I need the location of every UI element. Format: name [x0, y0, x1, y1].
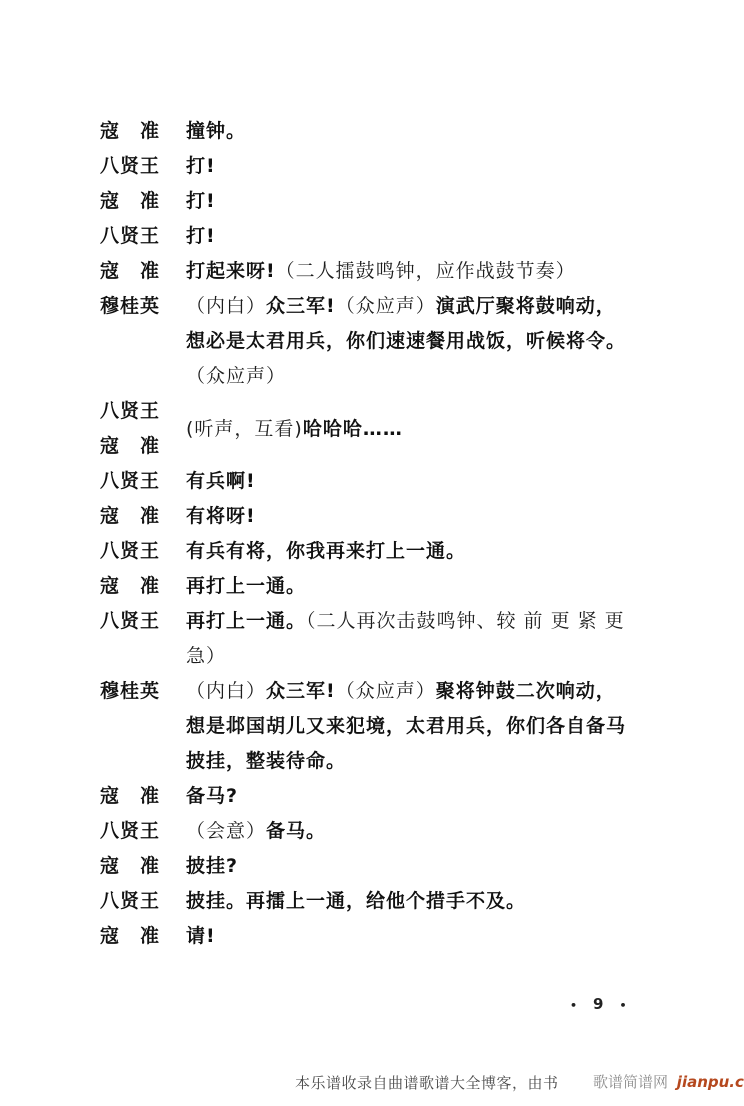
dialogue-entry: 寇 准打! [100, 184, 684, 219]
dialogue-lines: 打! [186, 219, 684, 254]
speech-text: 披挂，整装待命。 [186, 750, 346, 772]
stage-direction: （二人擂鼓鸣钟，应作战鼓节奏） [276, 260, 576, 282]
page-number-dot-left: • [570, 999, 577, 1012]
stage-direction: 急） [186, 645, 226, 667]
speech-text: 披挂? [186, 855, 238, 877]
speaker-name: 八贤王 [100, 394, 186, 429]
dialogue-line: 想是邶国胡儿又来犯境，太君用兵，你们各自备马 [186, 709, 684, 744]
stage-direction: （众应声） [336, 680, 436, 702]
dialogue-line: 再打上一通。（二人再次击鼓鸣钟、较 前 更 紧 更 [186, 604, 684, 639]
dialogue-line: 披挂? [186, 849, 684, 884]
speaker-name: 寇 准 [100, 114, 186, 149]
stage-direction: （会意） [186, 820, 266, 842]
dialogue-entry: 八贤王（会意）备马。 [100, 814, 684, 849]
speech-text: 打! [186, 225, 216, 247]
dialogue-entry: 八贤王打! [100, 219, 684, 254]
speech-text: 有将呀! [186, 505, 256, 527]
dialogue-entry: 八贤王有兵有将，你我再来打上一通。 [100, 534, 684, 569]
dialogue-entry: 寇 准打起来呀!（二人擂鼓鸣钟，应作战鼓节奏） [100, 254, 684, 289]
dialogue-lines: （内白）众三军!（众应声）聚将钟鼓二次响动，想是邶国胡儿又来犯境，太君用兵，你们… [186, 674, 684, 779]
speaker-column: 寇 准 [100, 779, 186, 814]
dialogue-line: （内白）众三军!（众应声）聚将钟鼓二次响动， [186, 674, 684, 709]
speaker-column: 寇 准 [100, 254, 186, 289]
dialogue-lines: 披挂? [186, 849, 684, 884]
dialogue-line: 备马? [186, 779, 684, 814]
dialogue-lines: 打! [186, 184, 684, 219]
speaker-column: 寇 准 [100, 919, 186, 954]
speaker-name: 寇 准 [100, 779, 186, 814]
dialogue-lines: （内白）众三军!（众应声）演武厅聚将鼓响动，想必是太君用兵，你们速速餐用战饭，听… [186, 289, 684, 394]
dialogue-line: 打! [186, 219, 684, 254]
stage-direction: （内白） [186, 295, 266, 317]
dialogue-line: 披挂。再擂上一通，给他个措手不及。 [186, 884, 684, 919]
speaker-name: 八贤王 [100, 534, 186, 569]
speaker-name: 八贤王 [100, 604, 186, 639]
footer-note: 本乐谱收录自曲谱歌谱大全博客，由书 [295, 1072, 559, 1094]
speaker-name: 八贤王 [100, 464, 186, 499]
speech-text: 想必是太君用兵，你们速速餐用战饭，听候将令。 [186, 330, 626, 352]
dialogue-line: （会意）备马。 [186, 814, 684, 849]
dialogue-lines: 披挂。再擂上一通，给他个措手不及。 [186, 884, 684, 919]
speaker-column: 八贤王 [100, 219, 186, 254]
speech-text: 撞钟。 [186, 120, 246, 142]
dialogue-line: 再打上一通。 [186, 569, 684, 604]
speaker-name: 寇 准 [100, 919, 186, 954]
dialogue-lines: 打! [186, 149, 684, 184]
dialogue-line: 有兵啊! [186, 464, 684, 499]
speaker-column: 八贤王 [100, 149, 186, 184]
dialogue-entry: 八贤王再打上一通。（二人再次击鼓鸣钟、较 前 更 紧 更急） [100, 604, 684, 674]
speaker-column: 寇 准 [100, 114, 186, 149]
speaker-name: 八贤王 [100, 149, 186, 184]
dialogue-entry: 寇 准备马? [100, 779, 684, 814]
dialogue-entry: 八贤王打! [100, 149, 684, 184]
speaker-name: 八贤王 [100, 219, 186, 254]
dialogue-lines: 再打上一通。 [186, 569, 684, 604]
speech-text: 众三军! [266, 295, 336, 317]
dialogue-line: 打起来呀!（二人擂鼓鸣钟，应作战鼓节奏） [186, 254, 684, 289]
dialogue-entry: 寇 准披挂? [100, 849, 684, 884]
speech-text: 哈哈哈…… [303, 418, 403, 440]
speaker-name: 寇 准 [100, 429, 186, 464]
dialogue-entry: 寇 准再打上一通。 [100, 569, 684, 604]
dialogue-entry: 寇 准撞钟。 [100, 114, 684, 149]
speech-text: 众三军! [266, 680, 336, 702]
speaker-column: 八贤王 [100, 884, 186, 919]
dialogue-lines: 有将呀! [186, 499, 684, 534]
page-number: • 9 • [570, 995, 627, 1013]
dialogue-lines: 撞钟。 [186, 114, 684, 149]
dialogue-lines: 备马? [186, 779, 684, 814]
speaker-column: 寇 准 [100, 499, 186, 534]
stage-direction: （内白） [186, 680, 266, 702]
speech-text: 有兵啊! [186, 470, 256, 492]
dialogue-line: 有将呀! [186, 499, 684, 534]
stage-direction: （众应声） [336, 295, 436, 317]
dialogue-entry: 寇 准有将呀! [100, 499, 684, 534]
speech-text: 有兵有将，你我再来打上一通。 [186, 540, 466, 562]
speaker-column: 穆桂英 [100, 289, 186, 324]
speaker-name: 寇 准 [100, 499, 186, 534]
dialogue-line: 有兵有将，你我再来打上一通。 [186, 534, 684, 569]
speaker-column: 穆桂英 [100, 674, 186, 709]
watermark-url: jianpu.cn [677, 1073, 744, 1091]
speaker-name: 寇 准 [100, 569, 186, 604]
speech-text: 演武厅聚将鼓响动， [436, 295, 616, 317]
speaker-column: 八贤王寇 准 [100, 394, 186, 464]
speaker-column: 寇 准 [100, 569, 186, 604]
dialogue-line: 急） [186, 639, 684, 674]
speech-text: 备马。 [266, 820, 326, 842]
page-number-value: 9 [593, 995, 603, 1013]
speaker-column: 寇 准 [100, 184, 186, 219]
dialogue-lines: 请! [186, 919, 684, 954]
dialogue-line: (听声，互看)哈哈哈…… [186, 412, 684, 447]
dialogue-entry: 寇 准请! [100, 919, 684, 954]
speaker-name: 穆桂英 [100, 289, 186, 324]
speech-text: 打! [186, 155, 216, 177]
speech-text: 打起来呀! [186, 260, 276, 282]
speaker-name: 八贤王 [100, 814, 186, 849]
dialogue-lines: (听声，互看)哈哈哈…… [186, 412, 684, 447]
dialogue-entry: 八贤王有兵啊! [100, 464, 684, 499]
speaker-column: 八贤王 [100, 464, 186, 499]
dialogue-entry: 八贤王寇 准(听声，互看)哈哈哈…… [100, 394, 684, 464]
speaker-column: 寇 准 [100, 849, 186, 884]
dialogue-line: 打! [186, 184, 684, 219]
dialogue-list: 寇 准撞钟。八贤王打!寇 准打!八贤王打!寇 准打起来呀!（二人擂鼓鸣钟，应作战… [100, 114, 684, 954]
dialogue-lines: 有兵啊! [186, 464, 684, 499]
watermark: 歌谱简谱网 jianpu.cn [593, 1071, 744, 1093]
dialogue-lines: 打起来呀!（二人擂鼓鸣钟，应作战鼓节奏） [186, 254, 684, 289]
speech-text: 想是邶国胡儿又来犯境，太君用兵，你们各自备马 [186, 715, 626, 737]
dialogue-lines: （会意）备马。 [186, 814, 684, 849]
dialogue-line: 请! [186, 919, 684, 954]
dialogue-lines: 再打上一通。（二人再次击鼓鸣钟、较 前 更 紧 更急） [186, 604, 684, 674]
speech-text: 备马? [186, 785, 238, 807]
speaker-name: 寇 准 [100, 184, 186, 219]
stage-direction: （二人再次击鼓鸣钟、较 前 更 紧 更 [306, 610, 625, 632]
speech-text: 再打上一通。 [186, 575, 306, 597]
speaker-column: 八贤王 [100, 534, 186, 569]
dialogue-entry: 穆桂英（内白）众三军!（众应声）演武厅聚将鼓响动，想必是太君用兵，你们速速餐用战… [100, 289, 684, 394]
dialogue-line: 披挂，整装待命。 [186, 744, 684, 779]
dialogue-entry: 八贤王披挂。再擂上一通，给他个措手不及。 [100, 884, 684, 919]
speech-text: 打! [186, 190, 216, 212]
dialogue-line: 撞钟。 [186, 114, 684, 149]
speaker-column: 八贤王 [100, 604, 186, 639]
scanned-script-page: 寇 准撞钟。八贤王打!寇 准打!八贤王打!寇 准打起来呀!（二人擂鼓鸣钟，应作战… [0, 0, 744, 1106]
speaker-column: 八贤王 [100, 814, 186, 849]
speech-text: 再打上一通。 [186, 610, 306, 632]
watermark-site-name: 歌谱简谱网 [593, 1073, 668, 1091]
speaker-name: 八贤王 [100, 884, 186, 919]
dialogue-entry: 穆桂英（内白）众三军!（众应声）聚将钟鼓二次响动，想是邶国胡儿又来犯境，太君用兵… [100, 674, 684, 779]
dialogue-lines: 有兵有将，你我再来打上一通。 [186, 534, 684, 569]
dialogue-line: （众应声） [186, 359, 684, 394]
page-number-dot-right: • [619, 999, 626, 1012]
speaker-name: 寇 准 [100, 254, 186, 289]
speech-text: 披挂。再擂上一通，给他个措手不及。 [186, 890, 526, 912]
stage-direction: （众应声） [186, 365, 286, 387]
dialogue-line: 想必是太君用兵，你们速速餐用战饭，听候将令。 [186, 324, 684, 359]
dialogue-line: （内白）众三军!（众应声）演武厅聚将鼓响动， [186, 289, 684, 324]
speaker-name: 寇 准 [100, 849, 186, 884]
speech-text: 聚将钟鼓二次响动， [436, 680, 616, 702]
speaker-name: 穆桂英 [100, 674, 186, 709]
dialogue-line: 打! [186, 149, 684, 184]
stage-direction: (听声，互看) [186, 418, 303, 440]
speech-text: 请! [186, 925, 216, 947]
